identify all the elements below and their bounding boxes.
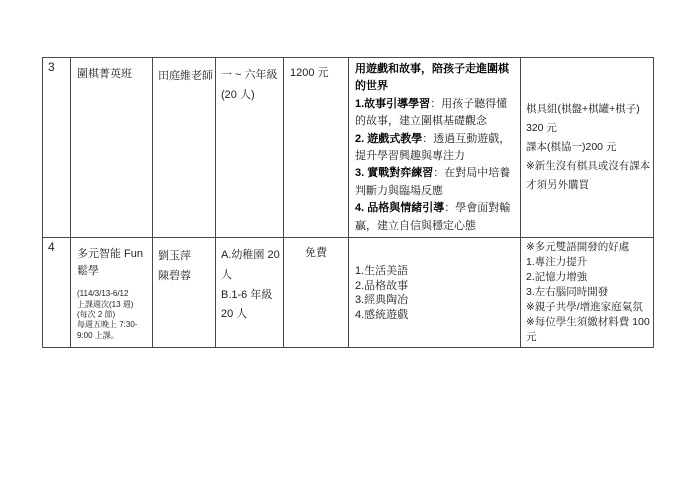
schedule-line: 上課週次(13 週)	[77, 300, 147, 310]
note-line: 3.左右腦同時開發	[526, 285, 651, 300]
description-item: 2.品格故事	[355, 279, 515, 294]
description-item: 3.經典陶冶	[355, 293, 515, 308]
description-item-lead: 1.故事引導學習	[355, 98, 430, 110]
description-item: 1.生活美語	[355, 264, 515, 279]
grade-cell: A.幼稚園 20 人 B.1-6 年級 20 人	[216, 238, 284, 348]
description-item: 4.感統遊戲	[355, 308, 515, 323]
note-line: 棋具組(棋盤+棋罐+棋子)	[526, 100, 651, 119]
description-item: 3. 實戰對弈練習：在對局中培養判斷力與臨場反應	[355, 165, 515, 200]
price-cell: 1200 元	[284, 58, 349, 238]
notes-block: 棋具組(棋盤+棋罐+棋子) 320 元 課本(棋協一)200 元 ※新生沒有棋具…	[526, 100, 651, 195]
note-line: 課本(棋協一)200 元	[526, 138, 651, 157]
note-line: ※每位學生須繳材料費 100 元	[526, 315, 651, 345]
course-table: 3 圍棋菁英班 田庭維老師 一 ~ 六年級 (20 人) 1200 元 用遊戲和…	[42, 57, 654, 348]
note-line: 才須另外購買	[526, 176, 651, 195]
schedule-line: (每次 2 節)	[77, 310, 147, 320]
table-row: 3 圍棋菁英班 田庭維老師 一 ~ 六年級 (20 人) 1200 元 用遊戲和…	[43, 58, 654, 238]
course-schedule-note: (114/3/13-6/12 上課週次(13 週) (每次 2 節) 每週五晚上…	[77, 289, 147, 341]
course-number: 4	[43, 238, 71, 348]
grade-line: (20 人)	[221, 86, 281, 106]
teacher-cell: 劉玉萍 陳碧蓉	[153, 238, 216, 348]
grade-line: 一 ~ 六年級	[221, 66, 281, 86]
notes-block: ※多元雙語開發的好處 1.專注力提升 2.記憶力增強 3.左右腦同時開發 ※親子…	[526, 240, 651, 345]
schedule-line: (114/3/13-6/12	[77, 289, 147, 299]
document-page: { "document": { "background": "#ffffff",…	[0, 0, 700, 495]
course-number: 3	[43, 58, 71, 238]
description-intro: 用遊戲和故事，陪孩子走進圍棋的世界	[355, 61, 515, 96]
description-cell: 1.生活美語 2.品格故事 3.經典陶冶 4.感統遊戲	[349, 238, 521, 348]
note-line: 2.記憶力增強	[526, 270, 651, 285]
grade-line: A.幼稚園 20 人	[221, 246, 281, 286]
course-name-cell: 多元智能 Fun 鬆學 (114/3/13-6/12 上課週次(13 週) (每…	[71, 238, 153, 348]
notes-cell: ※多元雙語開發的好處 1.專注力提升 2.記憶力增強 3.左右腦同時開發 ※親子…	[521, 238, 654, 348]
description-cell: 用遊戲和故事，陪孩子走進圍棋的世界 1.故事引導學習：用孩子聽得懂的故事，建立圍…	[349, 58, 521, 238]
description-item-lead: 2. 遊戲式教學	[355, 133, 422, 145]
teacher-cell: 田庭維老師	[153, 58, 216, 238]
note-line: ※新生沒有棋具或沒有課本	[526, 157, 651, 176]
description-item-lead: 4. 品格與情緒引導	[355, 202, 444, 214]
grade-cell: 一 ~ 六年級 (20 人)	[216, 58, 284, 238]
teacher-name: 劉玉萍	[158, 247, 213, 267]
grade-line: B.1-6 年級 20 人	[221, 286, 281, 326]
description-item: 4. 品格與情緒引導：學會面對輸贏，建立自信與穩定心態	[355, 200, 515, 235]
course-name: 多元智能 Fun 鬆學	[77, 246, 147, 280]
description-item-lead: 3. 實戰對弈練習	[355, 167, 433, 179]
note-line: ※親子共學/增進家庭氣氛	[526, 300, 651, 315]
teacher-name: 陳碧蓉	[158, 267, 213, 287]
note-line: 1.專注力提升	[526, 255, 651, 270]
description-items: 1.生活美語 2.品格故事 3.經典陶冶 4.感統遊戲	[355, 264, 515, 322]
description-item: 1.故事引導學習：用孩子聽得懂的故事，建立圍棋基礎觀念	[355, 96, 515, 131]
note-line: 320 元	[526, 119, 651, 138]
price-cell: 免費	[284, 238, 349, 348]
course-name: 圍棋菁英班	[77, 66, 147, 83]
description-item: 2. 遊戲式教學：透過互動遊戲，提升學習興趣與專注力	[355, 131, 515, 166]
teacher-name: 田庭維老師	[158, 67, 213, 87]
course-name-cell: 圍棋菁英班	[71, 58, 153, 238]
schedule-line: 每週五晚上 7:30-9:00 上課。	[77, 320, 147, 341]
notes-cell: 棋具組(棋盤+棋罐+棋子) 320 元 課本(棋協一)200 元 ※新生沒有棋具…	[521, 58, 654, 238]
table-row: 4 多元智能 Fun 鬆學 (114/3/13-6/12 上課週次(13 週) …	[43, 238, 654, 348]
note-line: ※多元雙語開發的好處	[526, 240, 651, 255]
